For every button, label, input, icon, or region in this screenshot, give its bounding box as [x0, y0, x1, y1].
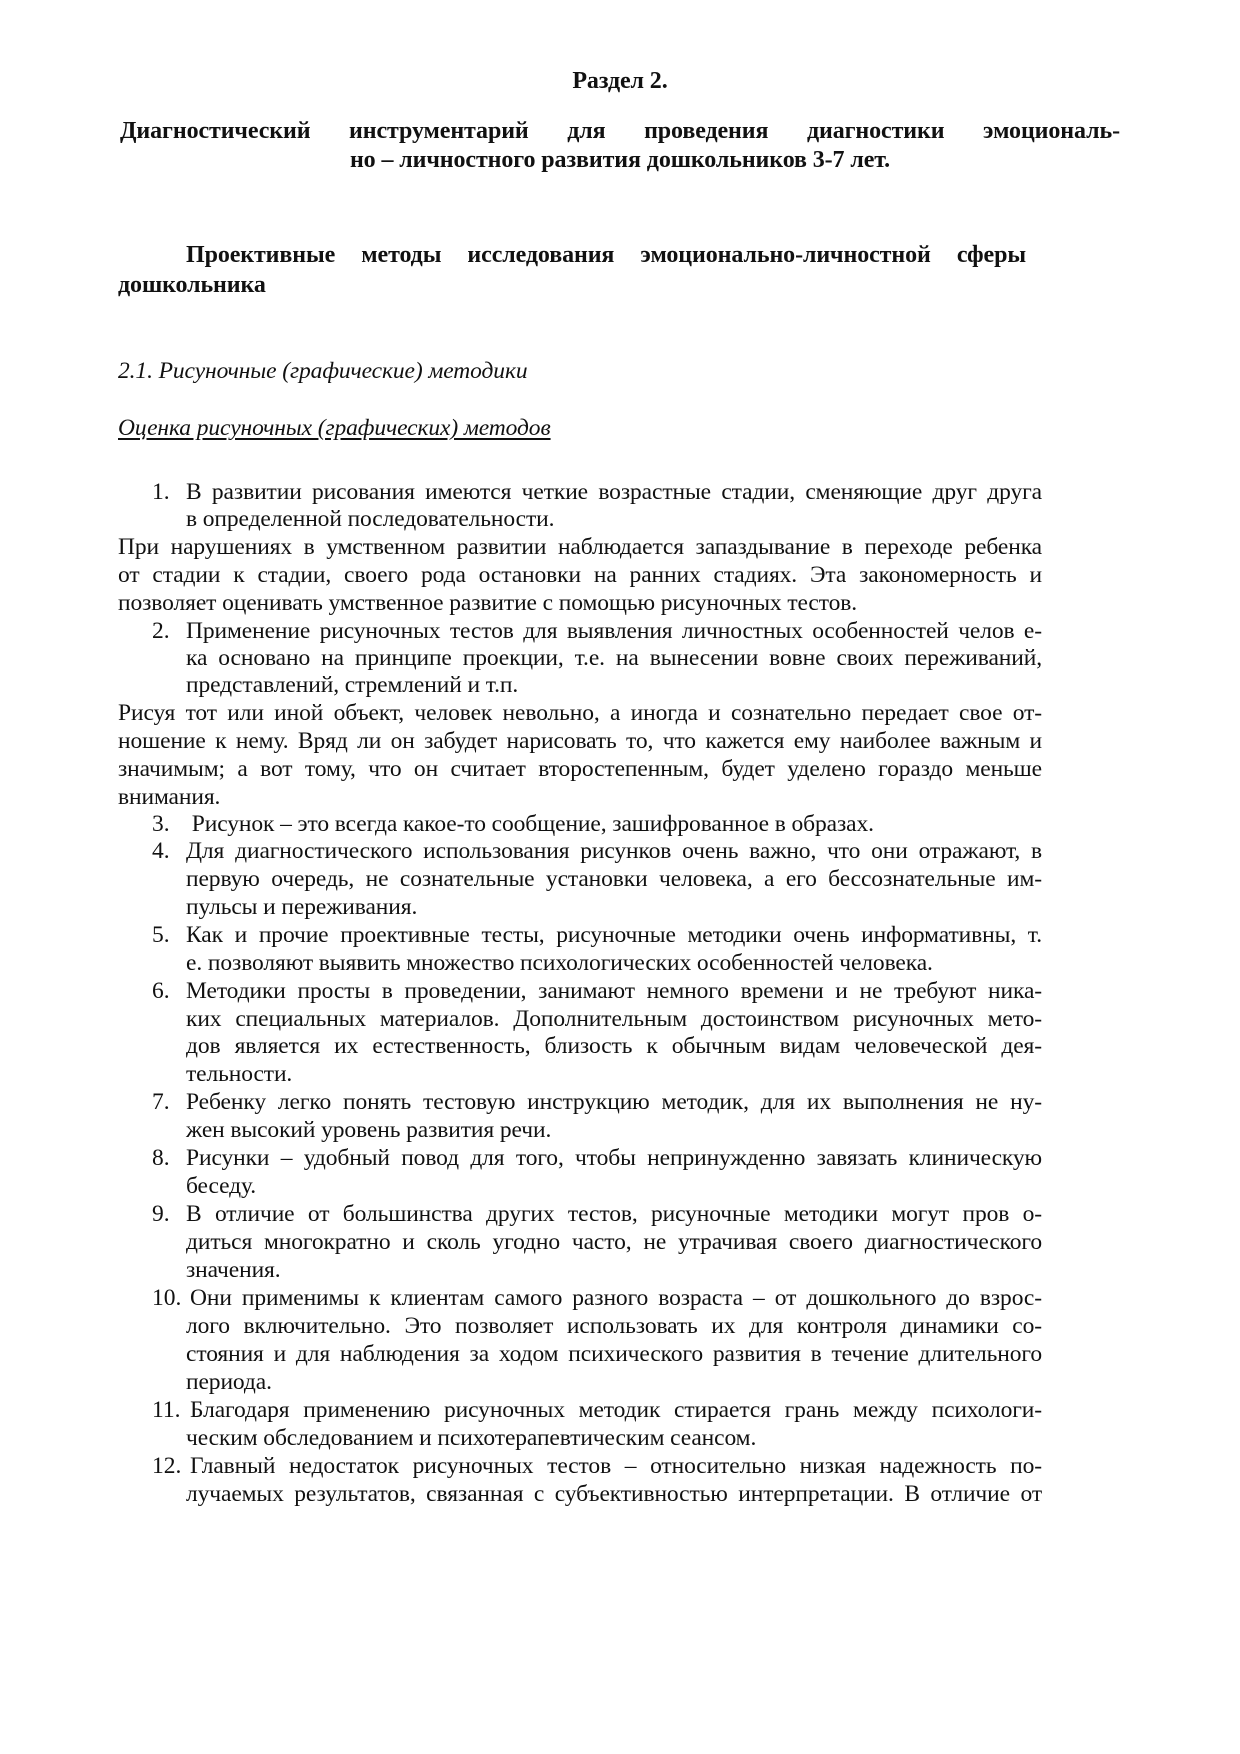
list-item-line: пульсы и переживания.: [186, 892, 417, 922]
paragraph-line: Рисуя тот или иной объект, человек невол…: [118, 698, 1042, 728]
list-item-line: В развитии рисования имеются четкие возр…: [186, 477, 1042, 507]
list-item-line: лучаемых результатов, связанная с субъек…: [186, 1479, 1042, 1509]
document-title-line-1: Диагностический инструментарий для прове…: [120, 116, 1120, 146]
list-item-line: диться многократно и сколь угодно часто,…: [186, 1227, 1042, 1257]
list-item-line: значения.: [186, 1255, 281, 1285]
list-item-line: Рисунок – это всегда какое-то сообщение,…: [186, 809, 874, 839]
list-number: 10.: [152, 1283, 181, 1313]
list-item-line: в определенной последовательности.: [186, 504, 554, 534]
list-item-line: тельности.: [186, 1059, 292, 1089]
list-item-line: Применение рисуночных тестов для выявлен…: [186, 616, 1042, 646]
paragraph-line: При нарушениях в умственном развитии наб…: [118, 532, 1042, 562]
list-item-line: жен высокий уровень развития речи.: [186, 1115, 551, 1145]
list-item-line: В отличие от большинства других тестов, …: [186, 1199, 1042, 1229]
section-label: Раздел 2.: [0, 66, 1240, 96]
list-item-line: Методики просты в проведении, занимают н…: [186, 976, 1042, 1006]
list-item-line: стояния и для наблюдения за ходом психич…: [186, 1339, 1042, 1369]
list-number: 5.: [152, 920, 170, 950]
list-number: 8.: [152, 1143, 170, 1173]
list-number: 1.: [152, 477, 170, 507]
list-item-line: периода.: [186, 1367, 272, 1397]
paragraph-line: ношение к нему. Вряд ли он забудет нарис…: [118, 726, 1042, 756]
list-number: 7.: [152, 1087, 170, 1117]
list-item-line: Как и прочие проективные тесты, рисуночн…: [186, 920, 1042, 950]
list-item-line: Рисунки – удобный повод для того, чтобы …: [186, 1143, 1042, 1173]
subsection-heading: 2.1. Рисуночные (графические) методики: [118, 356, 528, 386]
list-item-line: Ребенку легко понять тестовую инструкцию…: [186, 1087, 1042, 1117]
subtitle-line-2: дошкольника: [118, 270, 266, 300]
list-item-line: ка основано на принципе проекции, т.е. н…: [186, 643, 1042, 673]
list-item-line: Для диагностического использования рисун…: [186, 836, 1042, 866]
paragraph-line: позволяет оценивать умственное развитие …: [118, 588, 857, 618]
list-item-line: Главный недостаток рисуночных тестов – о…: [190, 1451, 1042, 1481]
list-number: 3.: [152, 809, 170, 839]
list-item-line: беседу.: [186, 1171, 256, 1201]
list-item-line: первую очередь, не сознательные установк…: [186, 864, 1042, 894]
list-number: 4.: [152, 836, 170, 866]
list-item-line: Благодаря применению рисуночных методик …: [190, 1395, 1042, 1425]
list-item-line: представлений, стремлений и т.п.: [186, 670, 518, 700]
subtitle-line-1: Проективные методы исследования эмоциона…: [186, 240, 1026, 270]
paragraph-line: значимым; а вот тому, что он считает вто…: [118, 754, 1042, 784]
list-number: 2.: [152, 616, 170, 646]
list-number: 9.: [152, 1199, 170, 1229]
paragraph-line: внимания.: [118, 782, 220, 812]
list-number: 11.: [152, 1395, 181, 1425]
list-item-line: лого включительно. Это позволяет использ…: [186, 1311, 1042, 1341]
document-title-line-2: но – личностного развития дошкольников 3…: [0, 145, 1240, 175]
paragraph-line: от стадии к стадии, своего рода остановк…: [118, 560, 1042, 590]
list-item-line: ких специальных материалов. Дополнительн…: [186, 1004, 1042, 1034]
list-number: 6.: [152, 976, 170, 1006]
list-item-line: дов является их естественность, близость…: [186, 1031, 1042, 1061]
document-page: Раздел 2. Диагностический инструментарий…: [0, 0, 1240, 1754]
list-number: 12.: [152, 1451, 181, 1481]
subheading-evaluation: Оценка рисуночных (графических) методов: [118, 413, 551, 443]
list-item-line: ческим обследованием и психотерапевтичес…: [186, 1423, 756, 1453]
list-item-line: е. позволяют выявить множество психологи…: [186, 948, 933, 978]
list-item-line: Они применимы к клиентам самого разного …: [190, 1283, 1042, 1313]
